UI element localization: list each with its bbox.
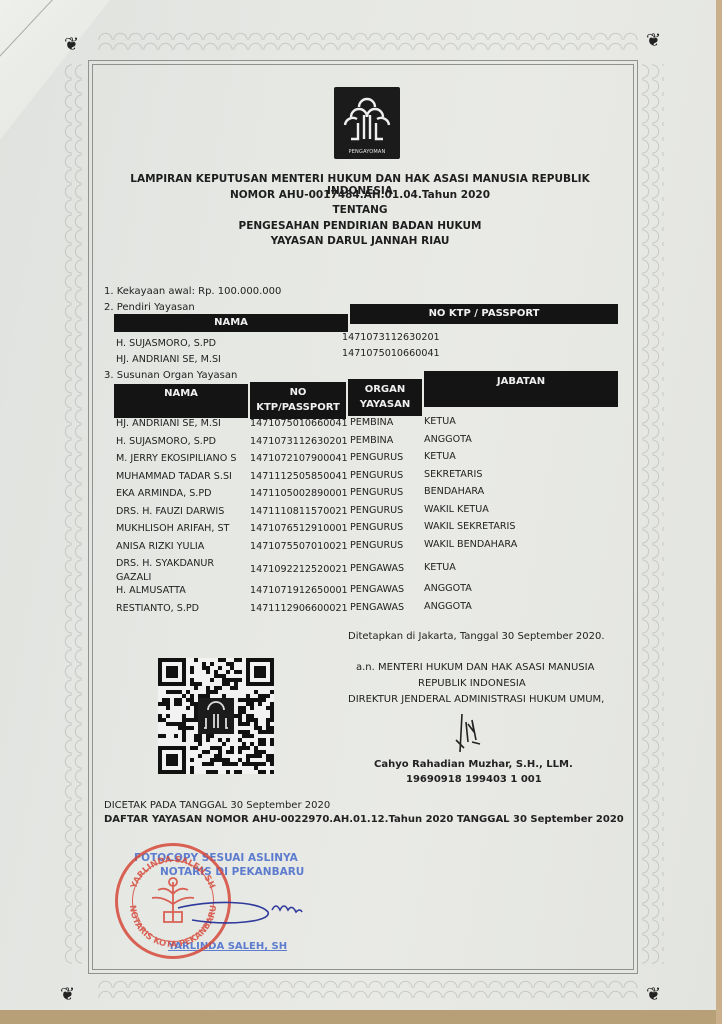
header-text: NAMA — [164, 388, 198, 399]
member-organ: PENGURUS — [350, 522, 403, 533]
foundation-name: YAYASAN DARUL JANNAH RIAU — [100, 235, 620, 247]
signer-name: Cahyo Rahadian Muzhar, S.H., LLM. — [374, 759, 573, 770]
member-position: KETUA — [424, 451, 456, 462]
member-organ: PENGURUS — [350, 487, 403, 498]
member-position: WAKIL BENDAHARA — [424, 539, 517, 550]
member-position: ANGGOTA — [424, 583, 472, 594]
document-page: ❦ ❦ ❦ ❦ PENGAYOMAN LAMPIRAN KEPUTUSAN ME… — [0, 0, 722, 1024]
member-name: M. JERRY EKOSIPILIANO S — [116, 453, 236, 464]
member-position: WAKIL KETUA — [424, 504, 489, 515]
member-position: ANGGOTA — [424, 434, 472, 445]
logo-label: PENGAYOMAN — [334, 149, 400, 155]
table-surface — [0, 1010, 722, 1024]
border-ornament-bottom — [98, 978, 638, 1000]
member-organ: PENGAWAS — [350, 584, 404, 595]
member-organ: PEMBINA — [350, 435, 393, 446]
member-name: MUHAMMAD TADAR S.SI — [116, 471, 232, 482]
member-name: HJ. ANDRIANI SE, M.SI — [116, 418, 221, 429]
member-organ: PEMBINA — [350, 417, 393, 428]
member-position: KETUA — [424, 562, 456, 573]
organs-header-ktp: NOKTP/PASSPORT — [250, 382, 346, 419]
pengayoman-tree-icon — [341, 93, 393, 145]
member-ktp: 1471112906600021 — [250, 603, 348, 614]
member-name-cont: GAZALI — [116, 572, 151, 583]
border-ornament-left — [62, 64, 84, 964]
founder-name: H. SUJASMORO, S.PD — [116, 338, 216, 349]
header-text: NO — [290, 387, 307, 398]
corner-ornament-icon: ❦ — [646, 984, 661, 1005]
founders-header-ktp: NO KTP / PASSPORT — [350, 304, 618, 324]
member-name: RESTIANTO, S.PD — [116, 603, 199, 614]
official-signature — [450, 712, 490, 754]
member-organ: PENGURUS — [350, 452, 403, 463]
border-ornament-top — [98, 30, 638, 52]
border-ornament-right — [642, 64, 664, 964]
member-name: H. SUJASMORO, S.PD — [116, 436, 216, 447]
member-ktp: 1471073112630201 — [250, 436, 348, 447]
on-behalf-line-1: a.n. MENTERI HUKUM DAN HAK ASASI MANUSIA — [356, 662, 594, 673]
member-name: ANISA RIZKI YULIA — [116, 541, 204, 552]
member-position: WAKIL SEKRETARIS — [424, 521, 515, 532]
founder-ktp: 1471075010660041 — [342, 348, 440, 359]
member-position: ANGGOTA — [424, 601, 472, 612]
header-text: ORGAN — [365, 384, 406, 395]
member-name: EKA ARMINDA, S.PD — [116, 488, 212, 499]
qr-code-icon — [158, 658, 274, 774]
member-ktp: 1471076512910001 — [250, 523, 348, 534]
member-name: DRS. H. SYAKDANUR — [116, 558, 214, 569]
title-line-3: TENTANG — [100, 204, 620, 216]
member-organ: PENGURUS — [350, 470, 403, 481]
notary-signature — [168, 894, 318, 928]
corner-ornament-icon: ❦ — [60, 984, 75, 1005]
member-organ: PENGAWAS — [350, 602, 404, 613]
header-text: YAYASAN — [360, 399, 410, 410]
registry-number: DAFTAR YAYASAN NOMOR AHU-0022970.AH.01.1… — [104, 814, 624, 825]
corner-ornament-icon: ❦ — [646, 30, 661, 51]
member-position: SEKRETARIS — [424, 469, 482, 480]
organs-header-organ: ORGANYAYASAN — [348, 379, 422, 416]
member-name: H. ALMUSATTA — [116, 585, 186, 596]
founder-name: HJ. ANDRIANI SE, M.SI — [116, 354, 221, 365]
member-ktp: 1471112505850041 — [250, 471, 348, 482]
founders-section-label: 2. Pendiri Yayasan — [104, 302, 195, 313]
on-behalf-line-2: REPUBLIK INDONESIA — [418, 678, 526, 689]
decree-number: NOMOR AHU-0017484.AH.01.04.Tahun 2020 — [100, 189, 620, 201]
organs-section-label: 3. Susunan Organ Yayasan — [104, 370, 237, 381]
member-organ: PENGAWAS — [350, 563, 404, 574]
member-position: KETUA — [424, 416, 456, 427]
signer-nip: 19690918 199403 1 001 — [406, 774, 542, 785]
member-name: DRS. H. FAUZI DARWIS — [116, 506, 224, 517]
founders-header-nama: NAMA — [114, 314, 348, 332]
place-date: Ditetapkan di Jakarta, Tanggal 30 Septem… — [348, 631, 605, 642]
member-ktp: 1471110811570021 — [250, 506, 348, 517]
member-organ: PENGURUS — [350, 505, 403, 516]
member-ktp: 1471072107900041 — [250, 453, 348, 464]
member-ktp: 1471071912650001 — [250, 585, 348, 596]
member-name: MUKHLISOH ARIFAH, ST — [116, 523, 229, 534]
header-text: KTP/PASSPORT — [256, 402, 340, 413]
founder-ktp: 1471073112630201 — [342, 332, 440, 343]
corner-ornament-icon: ❦ — [64, 34, 79, 55]
member-organ: PENGURUS — [350, 540, 403, 551]
member-ktp: 1471075010660041 — [250, 418, 348, 429]
member-ktp: 1471075507010021 — [250, 541, 348, 552]
initial-assets: 1. Kekayaan awal: Rp. 100.000.000 — [104, 286, 281, 297]
signer-position: DIREKTUR JENDERAL ADMINISTRASI HUKUM UMU… — [348, 694, 604, 705]
title-line-4: PENGESAHAN PENDIRIAN BADAN HUKUM — [100, 220, 620, 232]
member-ktp: 1471105002890001 — [250, 488, 348, 499]
organs-header-nama: NAMA — [114, 384, 248, 418]
member-position: BENDAHARA — [424, 486, 484, 497]
printed-date: DICETAK PADA TANGGAL 30 September 2020 — [104, 800, 330, 811]
verification-qr-code[interactable] — [158, 658, 274, 774]
member-ktp: 1471092212520021 — [250, 564, 348, 575]
svg-text:YARLINDA SALEH SH: YARLINDA SALEH SH — [129, 855, 217, 891]
pengayoman-logo: PENGAYOMAN — [334, 87, 400, 159]
organs-header-jabatan: JABATAN — [424, 371, 618, 407]
header-text: JABATAN — [497, 376, 545, 387]
table-surface-right — [716, 0, 722, 1024]
